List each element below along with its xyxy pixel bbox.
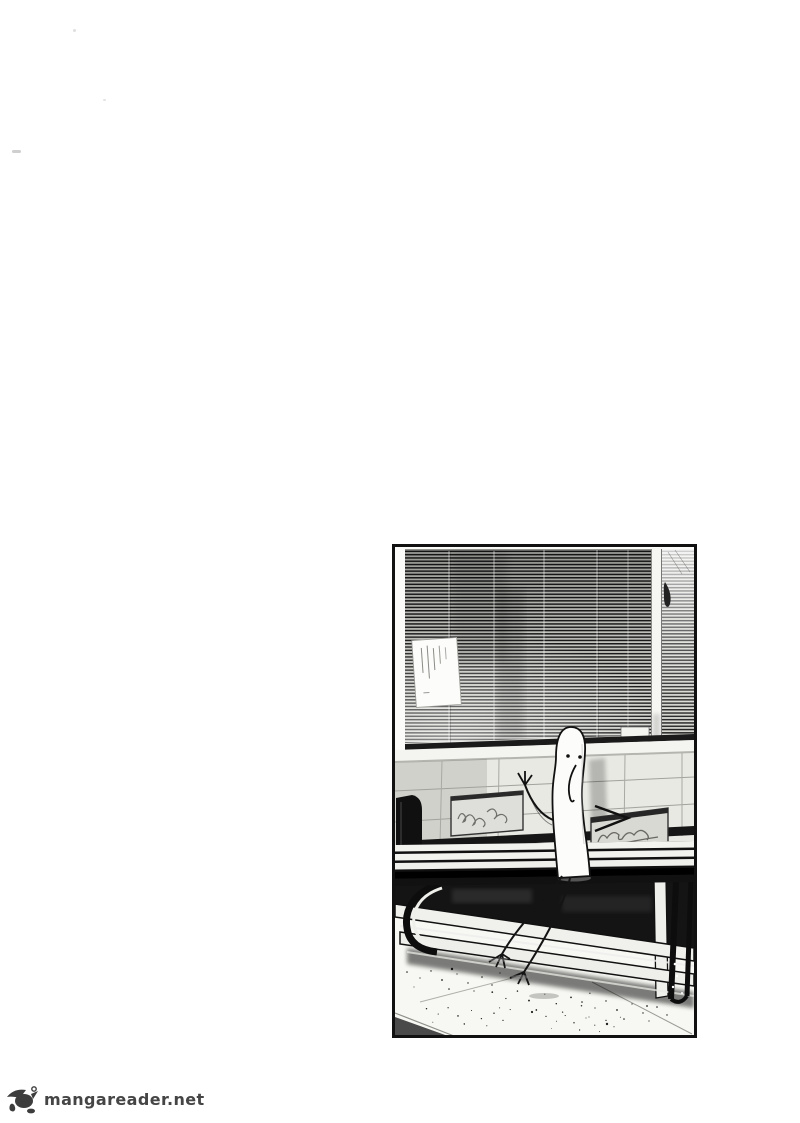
right-shutter-strip — [662, 549, 694, 742]
floor-smudge — [529, 993, 559, 999]
notice-paper — [412, 637, 462, 707]
bench-seat-slats — [395, 841, 694, 886]
window-mullion — [651, 548, 662, 748]
watermark-text: mangareader.net — [44, 1090, 205, 1109]
watermark: mangareader.net — [6, 1083, 205, 1115]
scan-artifact — [103, 99, 106, 101]
scan-artifact — [12, 150, 21, 153]
scan-artifact — [73, 29, 76, 32]
character-eye — [566, 754, 570, 758]
ad-plaque-left — [451, 791, 523, 836]
character-eye — [578, 755, 582, 759]
manga-panel[interactable] — [392, 544, 697, 1038]
manga-page: mangareader.net — [0, 0, 800, 1123]
mangareader-logo-icon — [6, 1084, 40, 1114]
